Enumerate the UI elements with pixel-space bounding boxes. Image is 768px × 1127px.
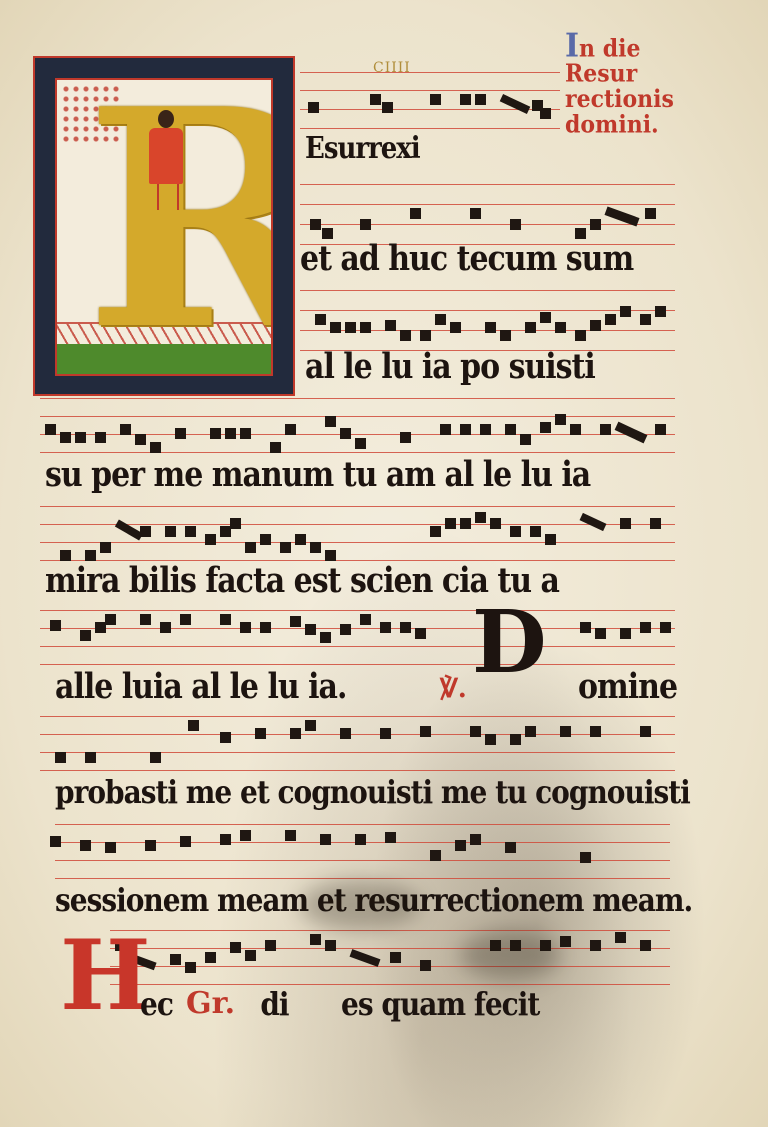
rubric-initial-h: H — [60, 928, 151, 1024]
lyric-line-7: probasti me et cognouisti me tu cognouis… — [55, 773, 690, 811]
ink-stain — [300, 880, 420, 930]
manuscript-page: CIIII In die Resur rectionis domini. R E… — [0, 0, 768, 1127]
ink-stain — [460, 930, 560, 980]
staff-1 — [300, 72, 560, 112]
lyric-line-3: al le lu ia po suisti — [305, 347, 595, 387]
lyric-line-1: Esurrexi — [305, 132, 420, 167]
lyric-line-4: su per me manum tu am al le lu ia — [45, 455, 590, 495]
initial-miniature: R — [55, 78, 273, 376]
verse-text: omine — [578, 667, 677, 707]
gradual-rubric: Gr. — [186, 986, 235, 1021]
rubric-heading: In die Resur rectionis domini. — [565, 33, 695, 138]
staff-3 — [300, 290, 675, 330]
staff-9 — [110, 930, 670, 970]
illuminated-initial-r: R — [33, 56, 295, 396]
rubric-line-3: rectionis — [565, 85, 674, 114]
staff-2 — [300, 184, 675, 224]
staff-6 — [40, 610, 675, 650]
verse-marker: ℣. — [440, 674, 467, 704]
christ-figure-icon — [145, 102, 187, 212]
staff-8 — [55, 824, 670, 864]
lyric-line-6: alle luia al le lu ia. — [55, 667, 346, 707]
lyric-line-2: et ad huc tecum sum — [300, 239, 633, 279]
verse-initial-d: D — [472, 600, 547, 686]
staff-7 — [40, 716, 675, 756]
staff-4 — [40, 398, 675, 438]
rubric-line-4: domini. — [565, 110, 659, 139]
staff-5 — [40, 506, 675, 546]
